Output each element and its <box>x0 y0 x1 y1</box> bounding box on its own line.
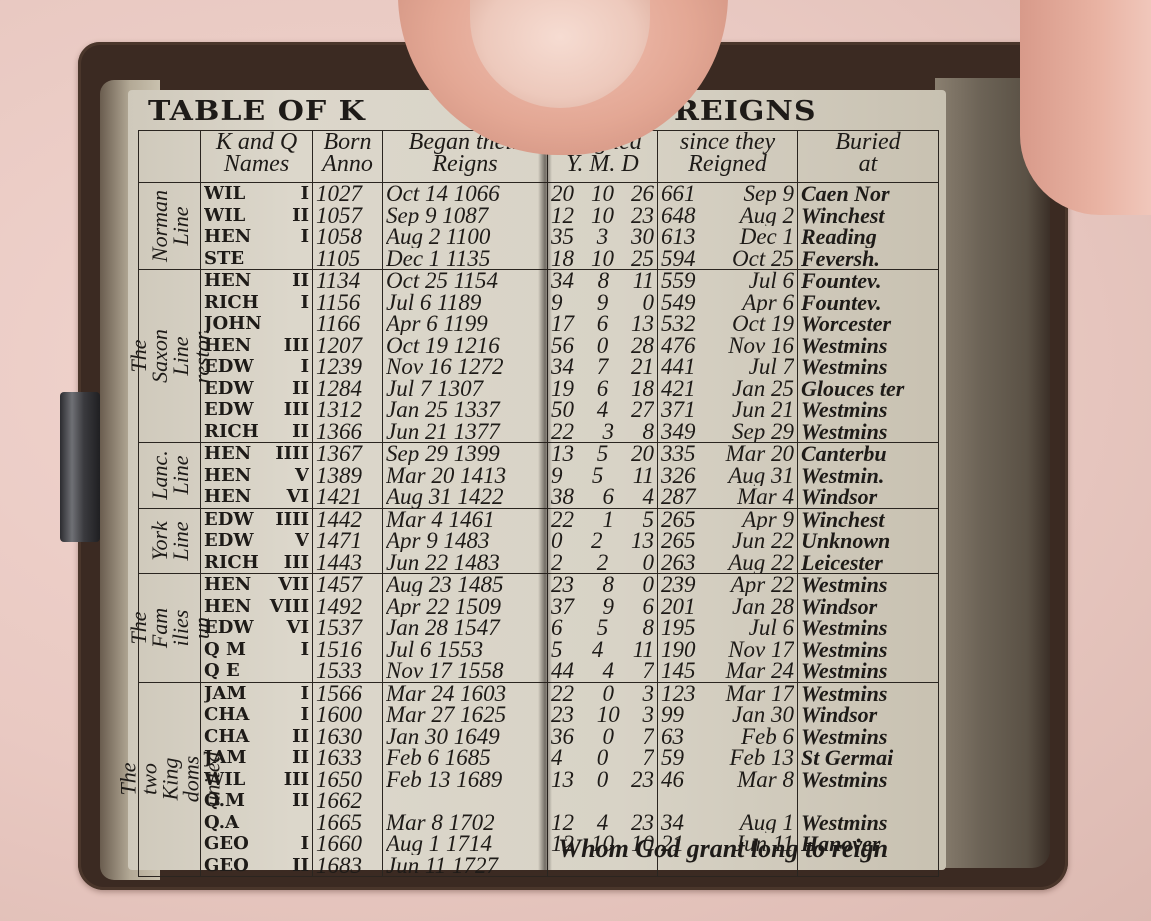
reign-length: 220 <box>551 552 654 574</box>
since-years: 145 <box>661 660 696 682</box>
reign-start: Aug 1 1714 <box>386 833 544 855</box>
began-value: Jul 6 1189 <box>386 292 481 314</box>
began-value: Aug 2 1100 <box>386 226 490 248</box>
born-value: 1443 <box>316 552 362 574</box>
reign-start: Mar 20 1413 <box>386 465 544 487</box>
since-years: 263 <box>661 552 696 574</box>
years: 20 <box>551 183 574 205</box>
months: 10 <box>591 205 614 227</box>
months: 2 <box>591 530 603 552</box>
reign-length: 19618 <box>551 378 654 400</box>
burial-place: Westmins <box>801 617 935 639</box>
began-value: Jun 21 1377 <box>386 421 500 443</box>
born-value: 1457 <box>316 574 362 596</box>
since-years: 201 <box>661 596 696 618</box>
years-since: 265Jun 22 <box>661 530 794 552</box>
began-value: Jun 22 1483 <box>386 552 500 574</box>
monarch-name: RICHIII <box>204 552 309 574</box>
since-date: Mar 17 <box>726 683 794 705</box>
burial-place: Caen Nor <box>801 183 935 205</box>
born-value: 1366 <box>316 421 362 443</box>
born-year: 1457 <box>316 574 379 596</box>
since-date: Sep 29 <box>732 421 794 443</box>
monarch-abbrev: HEN <box>204 443 251 465</box>
since-date: Feb 6 <box>741 726 794 748</box>
ymd-cell: 20102612102335330181025 <box>548 183 658 270</box>
reign-start: Jul 7 1307 <box>386 378 544 400</box>
months: 0 <box>603 683 615 705</box>
years-since: 559Jul 6 <box>661 270 794 292</box>
years: 37 <box>551 596 574 618</box>
days: 23 <box>631 205 654 227</box>
months: 2 <box>597 552 609 574</box>
born-value: 1312 <box>316 399 362 421</box>
years-since: 613Dec 1 <box>661 226 794 248</box>
monarch-abbrev: WIL <box>204 205 245 227</box>
born-year: 1105 <box>316 248 379 270</box>
monarch-name: EDWV <box>204 530 309 552</box>
years: 5 <box>551 639 563 661</box>
days: 13 <box>631 530 654 552</box>
since-date: Oct 25 <box>732 248 794 270</box>
burial-place: St Germai <box>801 747 935 769</box>
days: 11 <box>633 270 654 292</box>
since-cell: 239Apr 22201Jan 28195Jul 6190Nov 17145Ma… <box>658 574 798 683</box>
regnal-number: VI <box>287 617 309 639</box>
days: 7 <box>643 747 655 769</box>
years: 9 <box>551 465 563 487</box>
born-year: 1533 <box>316 660 379 682</box>
born-year: 1633 <box>316 747 379 769</box>
years-since: 46Mar 8 <box>661 769 794 791</box>
years: 38 <box>551 486 574 508</box>
born-year: 1134 <box>316 270 379 292</box>
buried-value: Windsor <box>801 704 877 726</box>
burial-place: Westmins <box>801 399 935 421</box>
months: 4 <box>597 812 609 834</box>
buried-value: Glouces ter <box>801 378 904 400</box>
buried-value: Fountev. <box>801 292 881 314</box>
buried-value: Westmins <box>801 399 887 421</box>
months: 6 <box>597 313 609 335</box>
names-cell: HENIIIIHENVHENVI <box>201 443 313 509</box>
began-value: Jan 25 1337 <box>386 399 500 421</box>
regnal-number: II <box>292 270 309 292</box>
years-since: 287Mar 4 <box>661 486 794 508</box>
monarch-abbrev: Q E <box>204 660 240 682</box>
buried-value: Westmins <box>801 335 887 357</box>
born-year: 1600 <box>316 704 379 726</box>
burial-place: Westmins <box>801 335 935 357</box>
days: 23 <box>631 812 654 834</box>
monarch-name: EDWII <box>204 378 309 400</box>
since-cell: 265Apr 9265Jun 22263Aug 22 <box>658 508 798 574</box>
days: 11 <box>633 465 654 487</box>
days: 23 <box>631 769 654 791</box>
since-years: 239 <box>661 574 696 596</box>
since-years: 648 <box>661 205 696 227</box>
reign-start: Sep 9 1087 <box>386 205 544 227</box>
reign-start: Nov 17 1558 <box>386 660 544 682</box>
began-value: Jul 7 1307 <box>386 378 483 400</box>
days: 4 <box>643 486 655 508</box>
regnal-number: V <box>295 530 309 552</box>
monarch-name: HENV <box>204 465 309 487</box>
monarch-name: WILII <box>204 205 309 227</box>
since-date: Jun 21 <box>732 399 794 421</box>
years: 22 <box>551 509 574 531</box>
born-year: 1492 <box>316 596 379 618</box>
born-year: 1366 <box>316 421 379 443</box>
monarch-name: EDWVI <box>204 617 309 639</box>
reign-length: 9511 <box>551 465 654 487</box>
burial-place: Winchest <box>801 205 935 227</box>
names-cell: WILIWILIIHENISTE <box>201 183 313 270</box>
since-years: 326 <box>661 465 696 487</box>
months: 1 <box>603 509 615 531</box>
days: 20 <box>631 443 654 465</box>
burial-place: Reading <box>801 226 935 248</box>
years-since: 239Apr 22 <box>661 574 794 596</box>
since-cell: 335Mar 20326Aug 31287Mar 4 <box>658 443 798 509</box>
born-year: 1058 <box>316 226 379 248</box>
reign-start: Apr 6 1199 <box>386 313 544 335</box>
since-years: 265 <box>661 509 696 531</box>
reign-start: Aug 31 1422 <box>386 486 544 508</box>
years: 44 <box>551 660 574 682</box>
since-date: Aug 2 <box>740 205 794 227</box>
buried-value: Westmins <box>801 421 887 443</box>
months: 8 <box>603 574 615 596</box>
monarch-name: HENIIII <box>204 443 309 465</box>
since-cell: 661Sep 9648Aug 2613Dec 1594Oct 25 <box>658 183 798 270</box>
ymd-cell: 22150213220 <box>548 508 658 574</box>
since-date: Jul 7 <box>749 356 794 378</box>
born-cell: 136713891421 <box>313 443 383 509</box>
born-value: 1027 <box>316 183 362 205</box>
born-value: 1537 <box>316 617 362 639</box>
burial-place: Westmin. <box>801 465 935 487</box>
began-value: Jan 30 1649 <box>386 726 500 748</box>
days: 18 <box>631 378 654 400</box>
since-years: 371 <box>661 399 696 421</box>
years-since: 99Jan 30 <box>661 704 794 726</box>
born-year: 1650 <box>316 769 379 791</box>
burial-place: Westmins <box>801 660 935 682</box>
born-value: 1105 <box>316 248 360 270</box>
monarch-name: Q E <box>204 660 309 682</box>
monarch-abbrev: RICH <box>204 292 259 314</box>
years-since: 59Feb 13 <box>661 747 794 769</box>
monarch-abbrev: CHA <box>204 726 249 748</box>
reign-length: 2203 <box>551 683 654 705</box>
since-years: 123 <box>661 683 696 705</box>
buried-value: Fountev. <box>801 270 881 292</box>
born-value: 1471 <box>316 530 362 552</box>
buried-value: St Germai <box>801 747 893 769</box>
born-value: 1058 <box>316 226 362 248</box>
burial-place: Westmins <box>801 812 935 834</box>
years-since: 326Aug 31 <box>661 465 794 487</box>
reign-start: Oct 25 1154 <box>386 270 544 292</box>
began-value: Aug 31 1422 <box>386 486 504 508</box>
monarch-name: CHAII <box>204 726 309 748</box>
reign-length: 34811 <box>551 270 654 292</box>
months: 10 <box>591 183 614 205</box>
group-row: The Saxon Line restor.HENIIRICHIJOHNHENI… <box>139 270 939 443</box>
monarch-name: HENVII <box>204 574 309 596</box>
dynasty-label: York Line <box>139 508 201 574</box>
years: 12 <box>551 205 574 227</box>
days: 3 <box>643 704 655 726</box>
since-date: Mar 24 <box>726 660 794 682</box>
born-value: 1284 <box>316 378 362 400</box>
monarch-name: RICHI <box>204 292 309 314</box>
since-date: Mar 4 <box>737 486 794 508</box>
reign-start: Mar 24 1603 <box>386 683 544 705</box>
years-since: 441Jul 7 <box>661 356 794 378</box>
months: 9 <box>597 292 609 314</box>
burial-place: Westmins <box>801 574 935 596</box>
years: 0 <box>551 530 563 552</box>
regnal-number: I <box>301 704 309 726</box>
since-date: Mar 20 <box>726 443 794 465</box>
monarch-abbrev: STE <box>204 248 244 270</box>
header-born: Born Anno <box>313 131 383 183</box>
group-row: Norman LineWILIWILIIHENISTE1027105710581… <box>139 183 939 270</box>
buried-value: Westmins <box>801 660 887 682</box>
reign-start: Mar 4 1461 <box>386 509 544 531</box>
monarch-name: GEOI <box>204 833 309 855</box>
since-years: 532 <box>661 313 696 335</box>
born-year: 1312 <box>316 399 379 421</box>
since-date: Jan 30 <box>732 704 794 726</box>
days: 26 <box>631 183 654 205</box>
months: 10 <box>597 704 620 726</box>
burial-place: Winchest <box>801 509 935 531</box>
reign-length: 658 <box>551 617 654 639</box>
began-value: Nov 16 1272 <box>386 356 504 378</box>
regnal-number: V <box>295 465 309 487</box>
burial-place: Windsor <box>801 596 935 618</box>
began-value: Mar 24 1603 <box>386 683 506 705</box>
years-since: 63Feb 6 <box>661 726 794 748</box>
years: 22 <box>551 421 574 443</box>
regnal-number: I <box>301 639 309 661</box>
began-value: Sep 29 1399 <box>386 443 500 465</box>
born-year: 1662 <box>316 790 379 812</box>
years: 23 <box>551 704 574 726</box>
born-value: 1650 <box>316 769 362 791</box>
years: 6 <box>551 617 563 639</box>
buried-cell: Fountev.Fountev.WorcesterWestminsWestmin… <box>798 270 939 443</box>
reign-start: Sep 29 1399 <box>386 443 544 465</box>
born-year: 1207 <box>316 335 379 357</box>
dynasty-label-text: Lanc. Line <box>149 451 191 501</box>
monarch-name: CHAI <box>204 704 309 726</box>
since-years: 559 <box>661 270 696 292</box>
years: 23 <box>551 574 574 596</box>
months: 6 <box>597 378 609 400</box>
days: 30 <box>631 226 654 248</box>
regnal-number: IIII <box>275 509 309 531</box>
monarch-abbrev: HEN <box>204 226 251 248</box>
regnal-number: VIII <box>270 596 309 618</box>
began-value: Sep 9 1087 <box>386 205 488 227</box>
born-year: 1156 <box>316 292 379 314</box>
monarch-abbrev: HEN <box>204 465 251 487</box>
monarch-name: GEOII <box>204 855 309 877</box>
began-value: Jul 6 1553 <box>386 639 483 661</box>
reign-length <box>551 790 654 812</box>
regnal-number: I <box>301 183 309 205</box>
reign-start: Jan 25 1337 <box>386 399 544 421</box>
regnal-number: II <box>292 378 309 400</box>
born-year: 1389 <box>316 465 379 487</box>
buried-value: Reading <box>801 226 877 248</box>
born-value: 1633 <box>316 747 362 769</box>
dynasty-label: The Saxon Line restor. <box>139 270 201 443</box>
days: 8 <box>643 617 655 639</box>
buried-value: Westmins <box>801 356 887 378</box>
since-date: Aug 1 <box>740 812 794 834</box>
since-date: Jul 6 <box>749 617 794 639</box>
burial-place: Fountev. <box>801 270 935 292</box>
born-value: 1421 <box>316 486 362 508</box>
months: 3 <box>603 421 615 443</box>
reign-start: Apr 9 1483 <box>386 530 544 552</box>
since-years: 661 <box>661 183 696 205</box>
monarch-abbrev: EDW <box>204 399 254 421</box>
buried-value: Westmin. <box>801 465 884 487</box>
regnal-number: II <box>292 747 309 769</box>
monarch-name: Q.A <box>204 812 309 834</box>
monarch-abbrev: CHA <box>204 704 249 726</box>
buried-value: Westmins <box>801 769 887 791</box>
began-cell: Sep 29 1399Mar 20 1413Aug 31 1422 <box>383 443 548 509</box>
born-value: 1134 <box>316 270 360 292</box>
reign-length: 4447 <box>551 660 654 682</box>
reign-start: Aug 2 1100 <box>386 226 544 248</box>
since-years: 190 <box>661 639 696 661</box>
since-date: Oct 19 <box>732 313 794 335</box>
born-year: 1660 <box>316 833 379 855</box>
monarch-name: HENI <box>204 226 309 248</box>
since-date: Apr 22 <box>731 574 794 596</box>
dynasty-label: Lanc. Line <box>139 443 201 509</box>
since-date: Nov 16 <box>728 335 794 357</box>
born-year: 1516 <box>316 639 379 661</box>
since-years: 476 <box>661 335 696 357</box>
hand-fingers <box>1020 0 1151 215</box>
years-since: 335Mar 20 <box>661 443 794 465</box>
reign-length: 3607 <box>551 726 654 748</box>
since-years: 195 <box>661 617 696 639</box>
burial-place: Fountev. <box>801 292 935 314</box>
years-since: 371Jun 21 <box>661 399 794 421</box>
group-row: The Fam ilies unHENVIIHENVIIIEDWVIQ MIQ … <box>139 574 939 683</box>
regnal-number: I <box>301 292 309 314</box>
months: 5 <box>597 443 609 465</box>
ymd-cell: 1352095113864 <box>548 443 658 509</box>
regnal-number: II <box>292 421 309 443</box>
regnal-number: III <box>284 335 309 357</box>
born-year: 1537 <box>316 617 379 639</box>
began-value: Apr 6 1199 <box>386 313 488 335</box>
born-value: 1662 <box>316 790 362 812</box>
header-line <box>139 131 201 183</box>
born-year: 1367 <box>316 443 379 465</box>
reign-length: 35330 <box>551 226 654 248</box>
header-names: K and Q Names <box>201 131 313 183</box>
began-value: Dec 1 1135 <box>386 248 490 270</box>
years: 36 <box>551 726 574 748</box>
since-years: 265 <box>661 530 696 552</box>
burial-place: Canterbu <box>801 443 935 465</box>
years: 2 <box>551 552 563 574</box>
since-years: 335 <box>661 443 696 465</box>
began-value: Jan 28 1547 <box>386 617 500 639</box>
born-value: 1239 <box>316 356 362 378</box>
days: 0 <box>643 292 655 314</box>
began-value: Mar 4 1461 <box>386 509 495 531</box>
reign-length: 3796 <box>551 596 654 618</box>
months: 0 <box>597 769 609 791</box>
since-date: Jan 28 <box>732 596 794 618</box>
began-cell: Mar 24 1603Mar 27 1625Jan 30 1649Feb 6 1… <box>383 682 548 877</box>
reign-length: 990 <box>551 292 654 314</box>
born-value: 1057 <box>316 205 362 227</box>
born-value: 1492 <box>316 596 362 618</box>
buried-value: Canterbu <box>801 443 887 465</box>
since-date: Mar 8 <box>737 769 794 791</box>
born-year: 1166 <box>316 313 379 335</box>
since-years: 441 <box>661 356 696 378</box>
monarch-name: HENVI <box>204 486 309 508</box>
born-value: 1600 <box>316 704 362 726</box>
dynasty-label-text: The two King doms united <box>117 752 222 807</box>
years-since: 421Jan 25 <box>661 378 794 400</box>
since-years: 46 <box>661 769 684 791</box>
monarch-name: JAMI <box>204 683 309 705</box>
began-value: Aug 1 1714 <box>386 833 492 855</box>
reign-length: 2215 <box>551 509 654 531</box>
days: 27 <box>631 399 654 421</box>
metal-clasp <box>60 392 100 542</box>
born-cell: 156616001630163316501662166516601683 <box>313 682 383 877</box>
born-value: 1533 <box>316 660 362 682</box>
born-cell: 14571492153715161533 <box>313 574 383 683</box>
monarch-name: STE <box>204 248 309 270</box>
reign-start: Jun 22 1483 <box>386 552 544 574</box>
reign-length: 23103 <box>551 704 654 726</box>
born-year: 1239 <box>316 356 379 378</box>
born-year: 1665 <box>316 812 379 834</box>
regnal-number: I <box>301 683 309 705</box>
days: 11 <box>633 639 654 661</box>
began-value: Feb 13 1689 <box>386 769 502 791</box>
days: 6 <box>643 596 655 618</box>
since-years: 549 <box>661 292 696 314</box>
reign-length: 407 <box>551 747 654 769</box>
buried-value: Caen Nor <box>801 183 890 205</box>
buried-value: Westmins <box>801 726 887 748</box>
years-since: 195Jul 6 <box>661 617 794 639</box>
years: 35 <box>551 226 574 248</box>
reign-length: 13023 <box>551 769 654 791</box>
reign-start: Jan 28 1547 <box>386 617 544 639</box>
years: 34 <box>551 356 574 378</box>
